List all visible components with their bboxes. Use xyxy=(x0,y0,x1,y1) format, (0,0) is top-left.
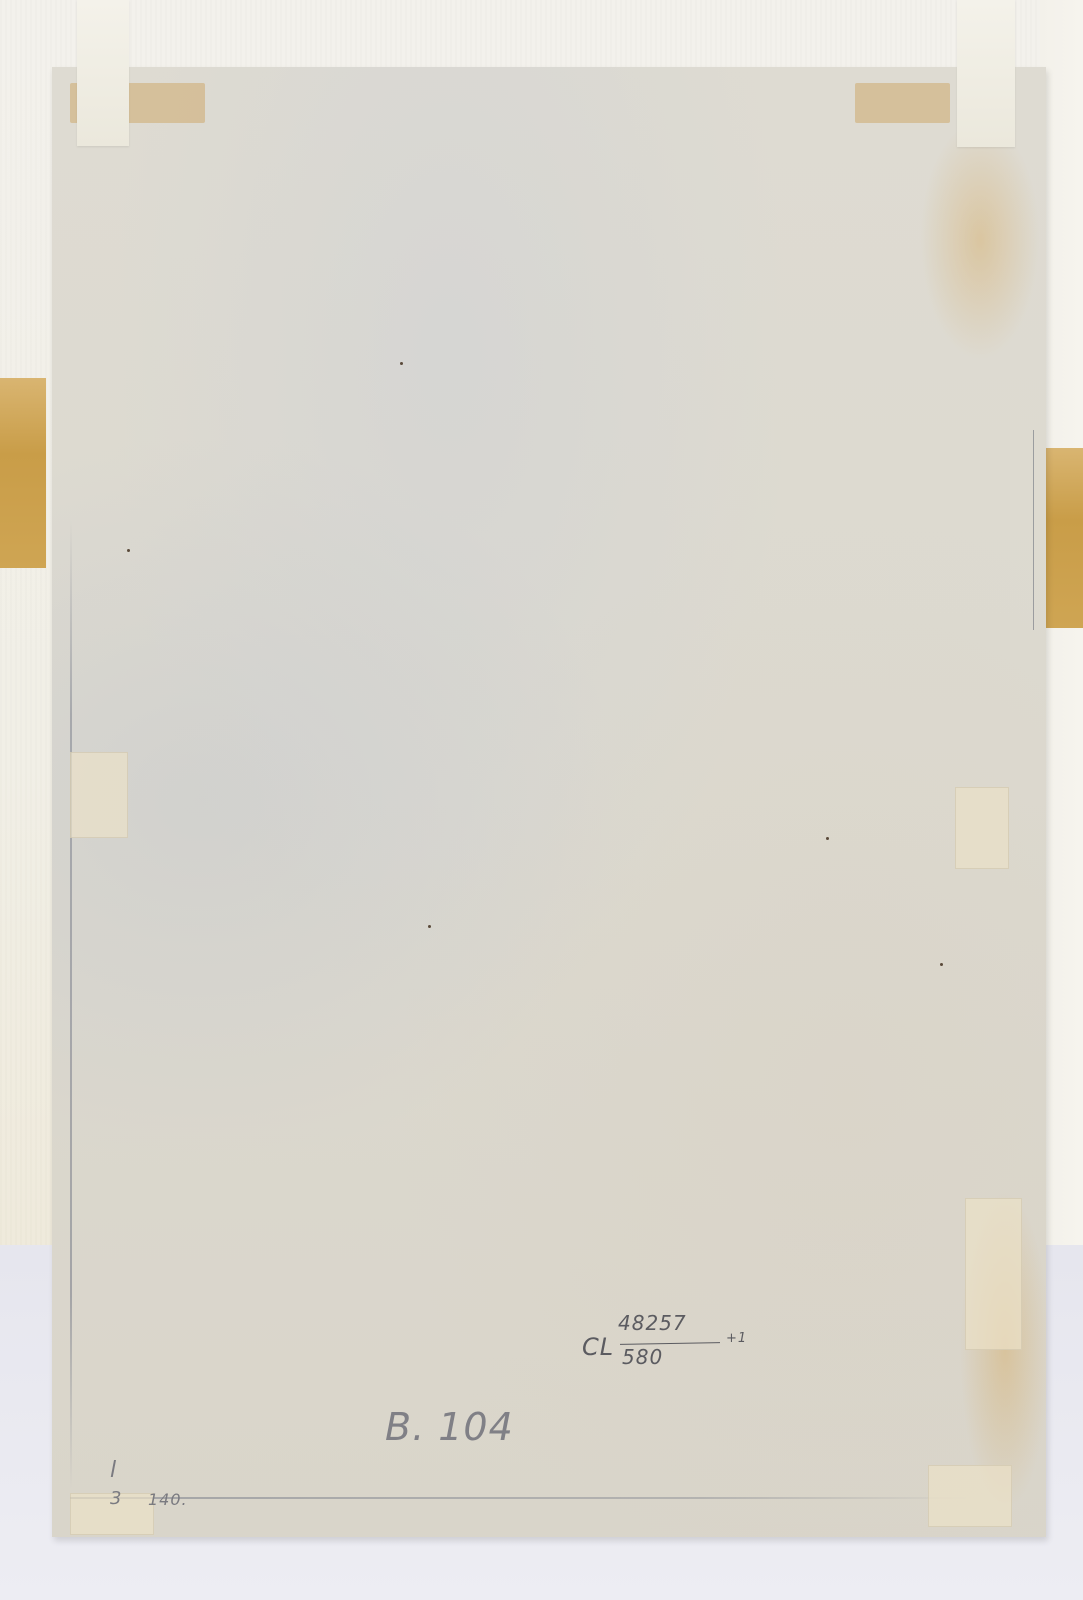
print-sheet-verso xyxy=(52,67,1046,1537)
collection-number-inscription: CL 48257 580 +1 xyxy=(582,1315,762,1375)
old-hinge-stain-top-right xyxy=(855,83,950,123)
hinge-patch-left xyxy=(70,752,128,838)
left-hinge-tape-band xyxy=(0,378,46,568)
mounting-tape-top-right xyxy=(957,0,1015,147)
plate-mark-right xyxy=(1033,430,1034,630)
collection-denominator: 580 xyxy=(622,1345,663,1369)
mounting-tape-top-left xyxy=(77,0,129,146)
plate-mark-left xyxy=(70,520,72,1490)
bartsch-number-inscription: B. 104 xyxy=(385,1405,514,1449)
mount-backing-right-edge xyxy=(1040,0,1083,1300)
collection-prefix: CL xyxy=(582,1333,614,1361)
collection-numerator: 48257 xyxy=(618,1311,687,1335)
collection-suffix: +1 xyxy=(726,1331,747,1346)
corner-mark-number: 140. xyxy=(148,1490,188,1509)
hinge-patch-bottom-right xyxy=(928,1465,1012,1527)
hinge-patch-right xyxy=(955,787,1009,869)
corner-mark-upper: l xyxy=(110,1458,117,1483)
corner-mark-lower: 3 xyxy=(110,1488,122,1509)
hinge-patch-lower-right xyxy=(965,1198,1022,1350)
foxing-stain-top-right xyxy=(920,120,1040,360)
plate-mark-bottom xyxy=(70,1497,970,1499)
